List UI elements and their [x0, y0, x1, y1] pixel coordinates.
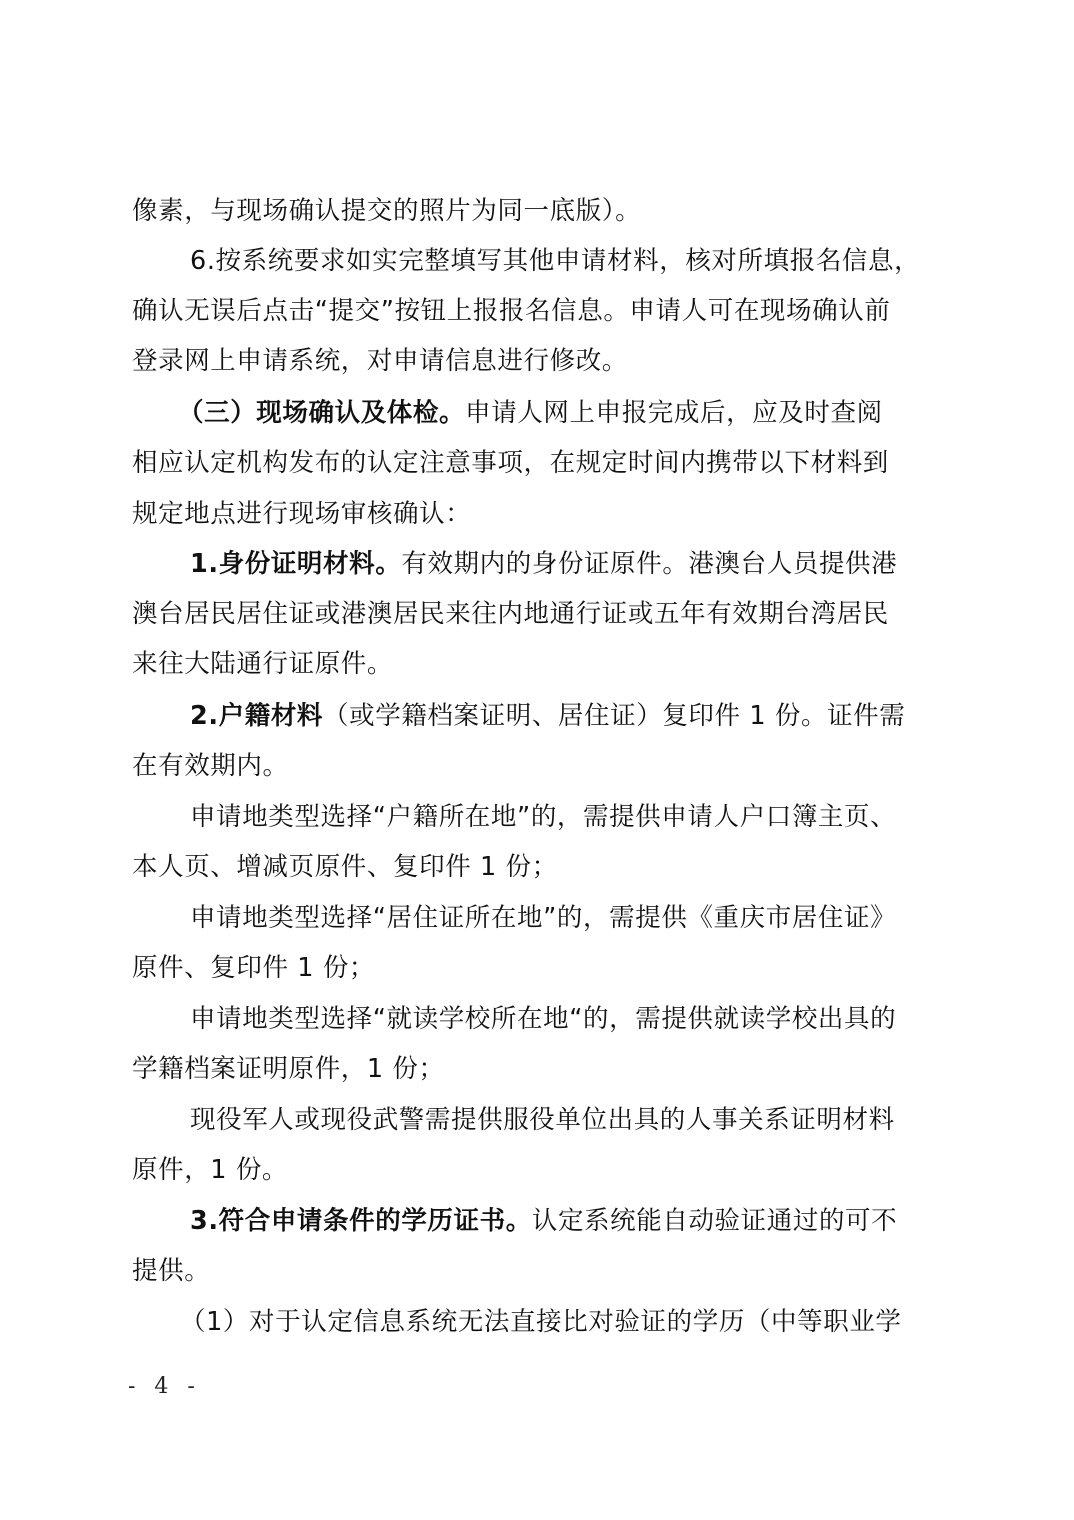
text-line: 申请地类型选择“就读学校所在地“的，需提供就读学校出具的	[190, 1004, 896, 1034]
section-heading-line: （三）现场确认及体检。申请人网上申报完成后，应及时查阅	[178, 398, 883, 428]
text-line: 提供。	[132, 1256, 210, 1286]
item-heading-line: 3.符合申请条件的学历证书。认定系统能自动验证通过的可不	[190, 1206, 897, 1236]
document-page: 像素，与现场确认提交的照片为同一底版）。 6.按系统要求如实完整填写其他申请材料…	[0, 0, 1074, 1520]
text-run: 有效期内的身份证原件。港澳台人员提供港	[401, 549, 897, 579]
text-line: 申请地类型选择“居住证所在地”的，需提供《重庆市居住证》	[190, 903, 896, 933]
section-heading: （三）现场确认及体检。	[178, 398, 465, 428]
text-line: 6.按系统要求如实完整填写其他申请材料，核对所填报名信息，	[190, 246, 920, 276]
text-line: 澳台居民居住证或港澳居民来往内地通行证或五年有效期台湾居民	[132, 599, 889, 629]
text-line: （1）对于认定信息系统无法直接比对验证的学历（中等职业学	[180, 1307, 902, 1337]
text-line: 登录网上申请系统，对申请信息进行修改。	[132, 346, 628, 376]
text-line: 原件，1 份。	[132, 1155, 288, 1185]
text-line: 现役军人或现役武警需提供服役单位出具的人事关系证明材料	[190, 1105, 895, 1135]
item-heading-line: 1.身份证明材料。有效期内的身份证原件。港澳台人员提供港	[190, 549, 897, 579]
text-line: 像素，与现场确认提交的照片为同一底版）。	[132, 196, 641, 226]
item-heading: 2.户籍材料	[190, 701, 323, 731]
text-line: 本人页、增减页原件、复印件 1 份；	[132, 852, 558, 882]
text-run: 申请人网上申报完成后，应及时查阅	[465, 398, 883, 428]
text-line: 规定地点进行现场审核确认：	[132, 499, 471, 529]
text-line: 申请地类型选择“户籍所在地”的，需提供申请人户口簿主页、	[190, 802, 896, 832]
item-heading: 3.符合申请条件的学历证书。	[190, 1206, 532, 1236]
text-line: 确认无误后点击“提交”按钮上报报名信息。申请人可在现场确认前	[132, 296, 890, 326]
text-line: 原件、复印件 1 份；	[132, 953, 375, 983]
item-heading: 1.身份证明材料。	[190, 549, 401, 579]
text-run: 认定系统能自动验证通过的可不	[532, 1206, 897, 1236]
text-line: 来往大陆通行证原件。	[132, 649, 393, 679]
text-run: （或学籍档案证明、居住证）复印件 1 份。证件需	[323, 701, 905, 731]
item-heading-line: 2.户籍材料（或学籍档案证明、居住证）复印件 1 份。证件需	[190, 701, 905, 731]
page-number: - 4 -	[128, 1374, 201, 1399]
text-line: 相应认定机构发布的认定注意事项，在规定时间内携带以下材料到	[132, 448, 889, 478]
text-line: 学籍档案证明原件，1 份；	[132, 1054, 445, 1084]
text-line: 在有效期内。	[132, 751, 289, 781]
